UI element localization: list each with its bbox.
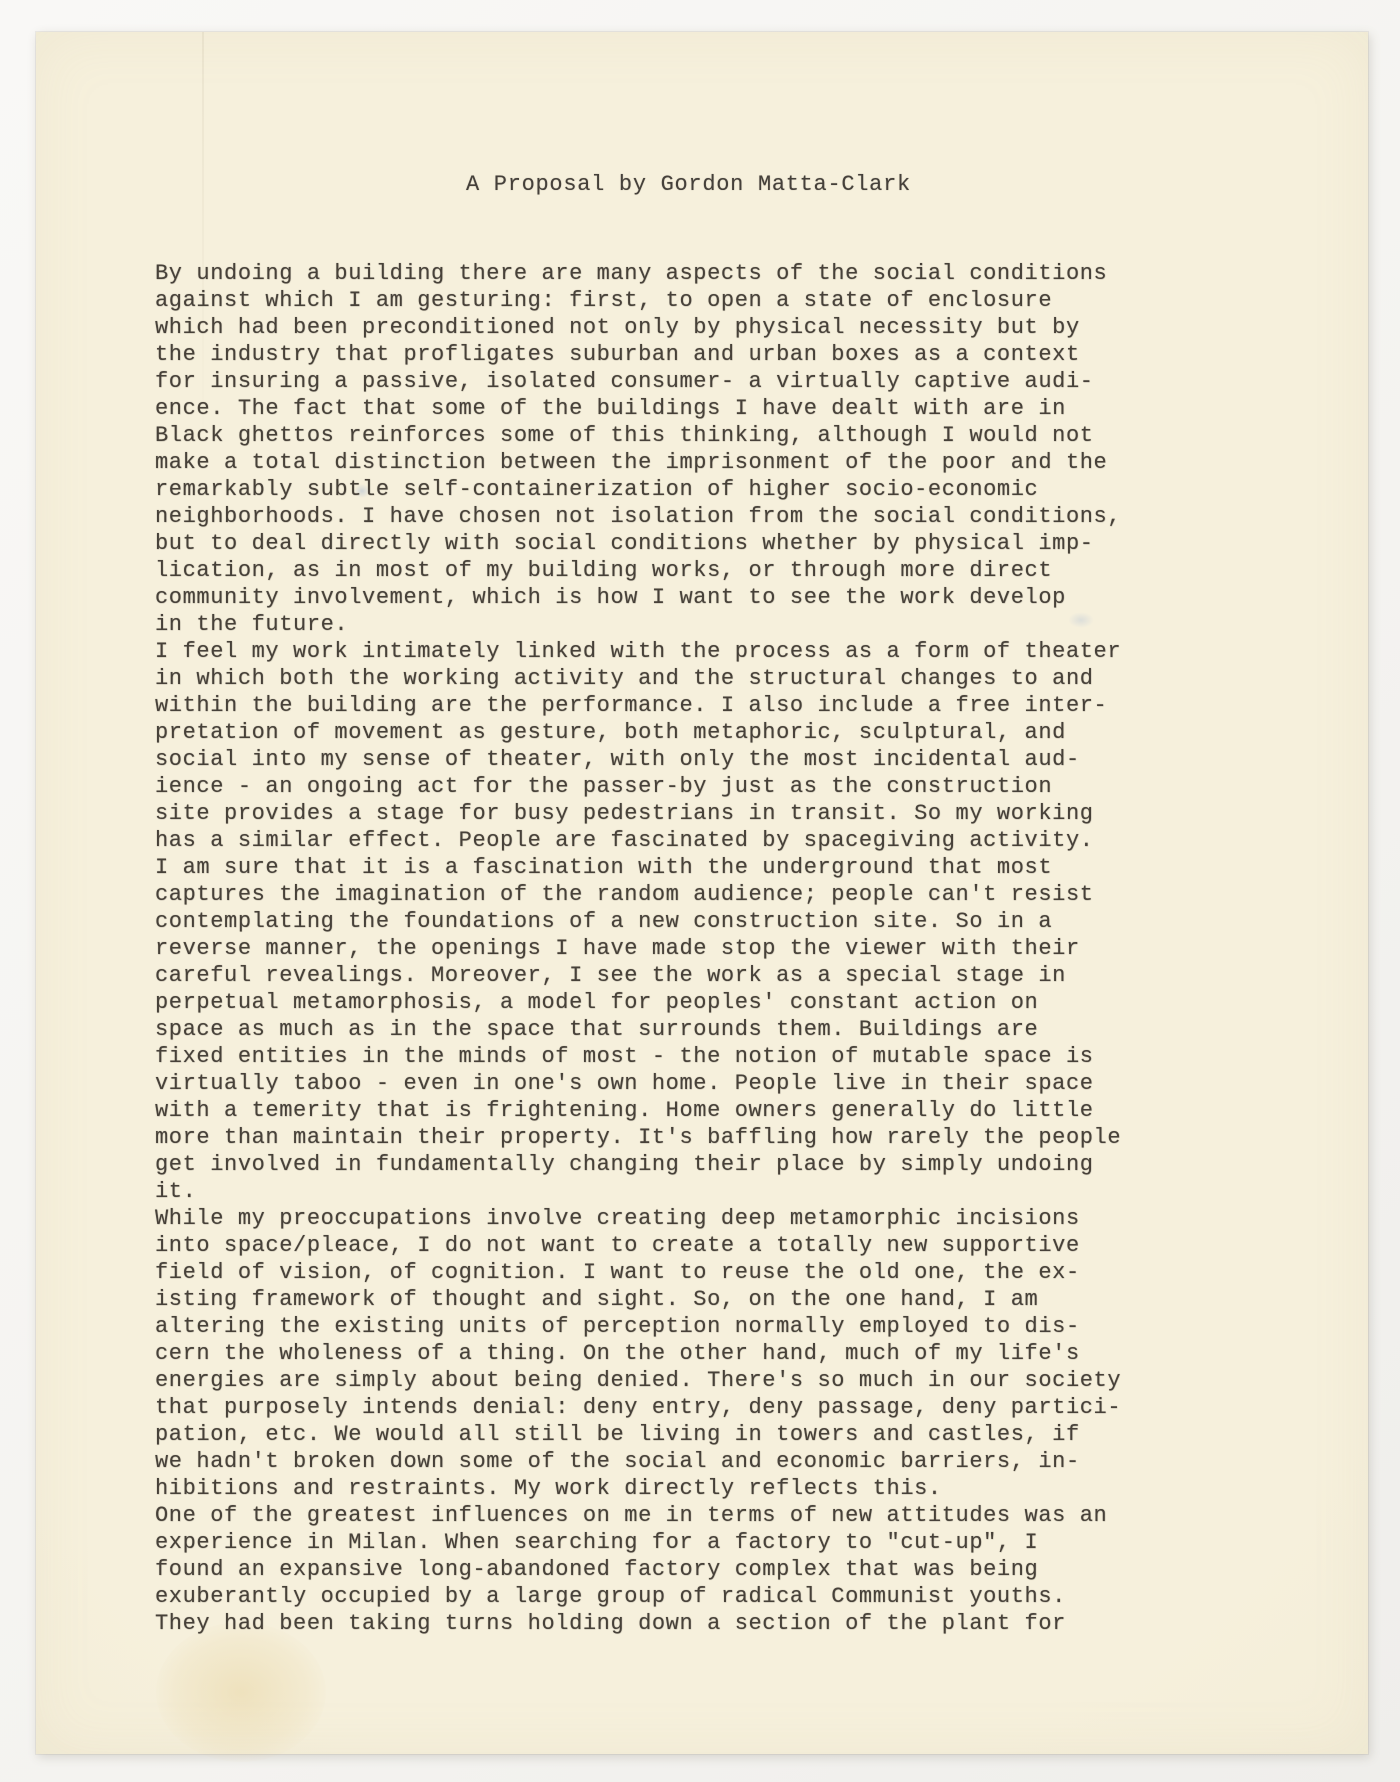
scan-background: A Proposal by Gordon Matta-Clark By undo… [0, 0, 1400, 1782]
document-page: A Proposal by Gordon Matta-Clark By undo… [36, 32, 1368, 1754]
document-body-text: By undoing a building there are many asp… [155, 260, 1121, 1637]
page-title: A Proposal by Gordon Matta-Clark [466, 172, 911, 197]
paper-stain [156, 1622, 326, 1762]
